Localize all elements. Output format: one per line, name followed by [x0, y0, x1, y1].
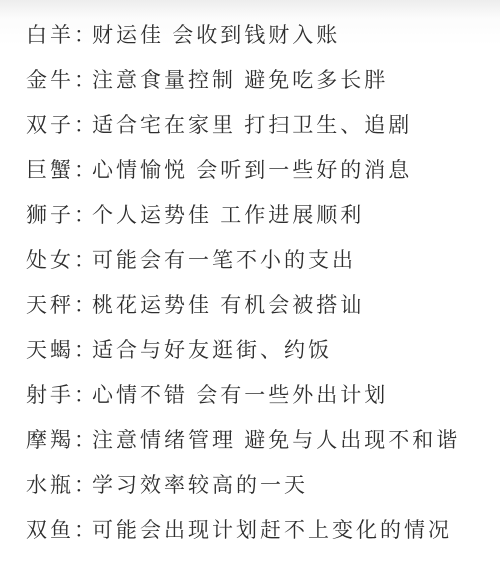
- fortune-text: 个人运势佳 工作进展顺利: [92, 199, 492, 229]
- fortune-text: 心情愉悦 会听到一些好的消息: [92, 154, 492, 184]
- horoscope-row-libra: 天秤： 桃花运势佳 有机会被搭讪: [0, 281, 500, 326]
- horoscope-row-pisces: 双鱼： 可能会出现计划赶不上变化的情况: [0, 506, 500, 551]
- fortune-text: 学习效率较高的一天: [92, 469, 492, 499]
- fortune-text: 财运佳 会收到钱财入账: [92, 19, 492, 49]
- horoscope-row-scorpio: 天蝎： 适合与好友逛街、约饭: [0, 326, 500, 371]
- zodiac-sign-label: 狮子: [26, 203, 74, 227]
- zodiac-sign-label: 天蝎: [26, 338, 74, 362]
- zodiac-sign-label: 巨蟹: [26, 158, 74, 182]
- horoscope-row-cancer: 巨蟹： 心情愉悦 会听到一些好的消息: [0, 146, 500, 191]
- fortune-text: 可能会有一笔不小的支出: [92, 244, 492, 274]
- fortune-text: 注意情绪管理 避免与人出现不和谐: [92, 424, 492, 454]
- zodiac-sign-label: 天秤: [26, 293, 74, 317]
- fortune-text: 注意食量控制 避免吃多长胖: [92, 64, 492, 94]
- zodiac-sign-label: 金牛: [26, 68, 74, 92]
- zodiac-sign-label: 水瓶: [26, 473, 74, 497]
- zodiac-sign-label: 处女: [26, 248, 74, 272]
- horoscope-row-capricorn: 摩羯： 注意情绪管理 避免与人出现不和谐: [0, 416, 500, 461]
- fortune-text: 心情不错 会有一些外出计划: [92, 379, 492, 409]
- horoscope-row-gemini: 双子： 适合宅在家里 打扫卫生、追剧: [0, 101, 500, 146]
- zodiac-sign-label: 双子: [26, 113, 74, 137]
- fortune-text: 适合宅在家里 打扫卫生、追剧: [92, 109, 492, 139]
- horoscope-row-aquarius: 水瓶： 学习效率较高的一天: [0, 461, 500, 506]
- horoscope-row-taurus: 金牛： 注意食量控制 避免吃多长胖: [0, 56, 500, 101]
- horoscope-row-virgo: 处女： 可能会有一笔不小的支出: [0, 236, 500, 281]
- fortune-text: 适合与好友逛街、约饭: [92, 334, 492, 364]
- zodiac-sign-label: 双鱼: [26, 518, 74, 542]
- horoscope-page: 白羊： 财运佳 会收到钱财入账 金牛： 注意食量控制 避免吃多长胖 双子： 适合…: [0, 0, 500, 567]
- zodiac-sign-label: 摩羯: [26, 428, 74, 452]
- horoscope-row-sagittarius: 射手： 心情不错 会有一些外出计划: [0, 371, 500, 416]
- fortune-text: 可能会出现计划赶不上变化的情况: [92, 514, 492, 544]
- zodiac-sign-label: 白羊: [26, 23, 74, 47]
- fortune-text: 桃花运势佳 有机会被搭讪: [92, 289, 492, 319]
- horoscope-row-aries: 白羊： 财运佳 会收到钱财入账: [0, 11, 500, 56]
- horoscope-row-leo: 狮子： 个人运势佳 工作进展顺利: [0, 191, 500, 236]
- zodiac-sign-label: 射手: [26, 383, 74, 407]
